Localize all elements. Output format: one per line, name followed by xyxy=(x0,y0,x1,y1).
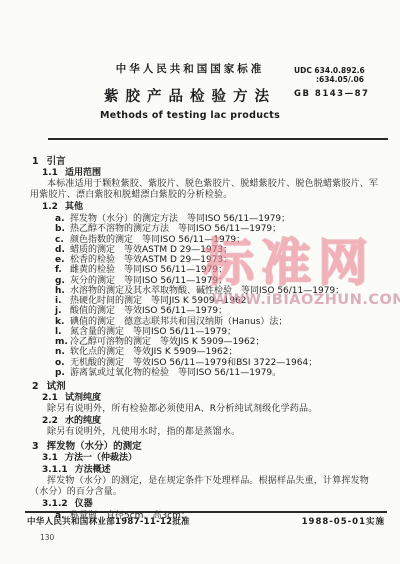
list-item: k.碘值的测定 德意志联邦共和国汉纳斯（Hanus）法； xyxy=(55,317,384,327)
item-text: 灰分的测定 等同ISO 56/11—1979； xyxy=(70,276,227,286)
item-marker: n. xyxy=(55,347,70,357)
page-number: 130 xyxy=(40,533,54,542)
section-number: 3.1 xyxy=(42,453,58,463)
list-item: p.游离氯或过氧化物的检验 等同ISO 56/11—1979。 xyxy=(55,368,384,378)
reagent-purity-paragraph: 除另有说明外，所有检验都必须使用A、R分析纯试剂级化学药品。 xyxy=(30,404,384,415)
item-marker: a. xyxy=(55,214,70,224)
section-1-2-heading: 1.2其他 xyxy=(42,202,384,213)
item-marker: i. xyxy=(55,296,70,306)
item-text: 酸值的测定 等效ISO 56/11—1979； xyxy=(70,306,227,316)
section-title: 试剂纯度 xyxy=(65,393,101,403)
list-item: g.灰分的测定 等同ISO 56/11—1979； xyxy=(55,276,384,286)
item-text: 无机酸的测定 等效ISO 56/11—1979和BSI 3722—1964； xyxy=(70,358,317,368)
item-text: 游离氯或过氧化物的检验 等同ISO 56/11—1979。 xyxy=(70,368,281,378)
section-number: 1.1 xyxy=(42,168,58,178)
udc-code: UDC 634.0.892.6 :634.05/.06 xyxy=(294,66,365,84)
section-2-1-heading: 2.1试剂纯度 xyxy=(42,393,384,404)
item-marker: g. xyxy=(55,276,70,286)
document-body: 1引言 1.1适用范围 本标准适用于颗粒紫胶、紫胶片、脱色紫胶片、脱蜡紫胶片、脱… xyxy=(30,153,384,521)
item-marker: k. xyxy=(55,317,70,327)
water-purity-paragraph: 除另有说明外，凡使用水时，指的都是蒸馏水。 xyxy=(30,427,384,438)
section-1-heading: 1引言 xyxy=(32,156,384,167)
method-summary-paragraph: 挥发物（水分）的测定，是在规定条件下处理样品。根据样品失重，计算挥发物（水分）的… xyxy=(30,476,384,498)
item-marker: j. xyxy=(55,306,70,316)
section-number: 3 xyxy=(32,441,39,452)
item-marker: m. xyxy=(55,337,70,347)
section-2-2-heading: 2.2水的纯度 xyxy=(42,416,384,427)
item-text: 氮含量的测定 等同ISO 56/11—1979； xyxy=(70,327,236,337)
section-title: 其他 xyxy=(65,202,83,212)
list-item: m.冷乙醇可溶物的测定 等效JIS K 5909—1962； xyxy=(55,337,384,347)
footer-approval: 中华人民共和国林业部1987-11-12批准 xyxy=(27,515,190,527)
item-text: 热硬化时间的测定 等同JIS K 5909—1962； xyxy=(70,296,255,306)
list-item: f.雌黄的检验 等同ISO 56/11—1979； xyxy=(55,265,384,275)
document-title-english: Methods of testing lac products xyxy=(0,110,380,121)
section-number: 2 xyxy=(32,381,39,392)
document-title: 紫胶产品检验方法 xyxy=(0,85,380,106)
section-1-1-heading: 1.1适用范围 xyxy=(42,168,384,179)
header-rule xyxy=(48,138,388,140)
item-marker: l. xyxy=(55,327,70,337)
item-marker: f. xyxy=(55,265,70,275)
udc-line1: UDC 634.0.892.6 xyxy=(294,66,365,75)
item-marker: p. xyxy=(55,368,70,378)
list-item: j.酸值的测定 等效ISO 56/11—1979； xyxy=(55,306,384,316)
section-title: 适用范围 xyxy=(65,168,101,178)
section-number: 3.1.1 xyxy=(42,465,68,475)
list-item: n.软化点的测定 等效JIS K 5909—1962； xyxy=(55,347,384,357)
section-number: 3.1.2 xyxy=(42,499,68,509)
section-number: 1 xyxy=(32,156,39,167)
list-item: e.松香的检验 等效ASTM D 29—1973； xyxy=(55,255,384,265)
item-marker: b. xyxy=(55,224,70,234)
section-title: 方法一（仲裁法） xyxy=(65,453,137,463)
section-title: 仪器 xyxy=(75,499,93,509)
item-text: 挥发物（水分）的测定方法 等同ISO 56/11—1979； xyxy=(70,214,290,224)
item-text: 颜色指数的测定 等同ISO 56/11—1979； xyxy=(70,235,245,245)
item-marker: o. xyxy=(55,358,70,368)
section-title: 引言 xyxy=(47,156,66,167)
udc-line2: :634.05/.06 xyxy=(294,75,365,84)
item-marker: e. xyxy=(55,255,70,265)
item-text: 碘值的测定 德意志联邦共和国汉纳斯（Hanus）法； xyxy=(70,317,287,327)
list-item: h.水溶物的测定及其水萃取物酸、碱性检验 等同ISO 56/11—1979； xyxy=(55,286,384,296)
item-text: 冷乙醇可溶物的测定 等效JIS K 5909—1962； xyxy=(70,337,264,347)
item-marker: c. xyxy=(55,235,70,245)
list-item: c.颜色指数的测定 等同ISO 56/11—1979； xyxy=(55,235,384,245)
section-3-1-1-heading: 3.1.1方法概述 xyxy=(42,465,384,476)
section-title: 水的纯度 xyxy=(65,416,101,426)
section-number: 2.1 xyxy=(42,393,58,403)
scope-paragraph: 本标准适用于颗粒紫胶、紫胶片、脱色紫胶片、脱蜡紫胶片、脱色脱蜡紫胶片、军用紫胶片… xyxy=(30,179,384,201)
list-item: a.挥发物（水分）的测定方法 等同ISO 56/11—1979； xyxy=(55,214,384,224)
section-2-heading: 2试剂 xyxy=(32,381,384,392)
section-3-1-2-heading: 3.1.2仪器 xyxy=(42,499,384,510)
section-title: 方法概述 xyxy=(75,465,111,475)
item-text: 热乙醇不溶物的测定方法 等同ISO 56/11—1979； xyxy=(70,224,281,234)
item-text: 水溶物的测定及其水萃取物酸、碱性检验 等同ISO 56/11—1979； xyxy=(70,286,344,296)
document-page: 中华人民共和国国家标准 UDC 634.0.892.6 :634.05/.06 … xyxy=(0,0,400,564)
section-3-1-heading: 3.1方法一（仲裁法） xyxy=(42,453,384,464)
item-text: 软化点的测定 等效JIS K 5909—1962； xyxy=(70,347,237,357)
list-item: o.无机酸的测定 等效ISO 56/11—1979和BSI 3722—1964； xyxy=(55,358,384,368)
section-title: 试剂 xyxy=(47,381,66,392)
item-marker: d. xyxy=(55,245,70,255)
list-item: l.氮含量的测定 等同ISO 56/11—1979； xyxy=(55,327,384,337)
footer-rule xyxy=(25,511,387,513)
list-item: i.热硬化时间的测定 等同JIS K 5909—1962； xyxy=(55,296,384,306)
section-number: 2.2 xyxy=(42,416,58,426)
footer-implementation-date: 1988-05-01实施 xyxy=(302,515,385,527)
item-marker: h. xyxy=(55,286,70,296)
section-3-heading: 3挥发物（水分）的测定 xyxy=(32,441,384,452)
section-number: 1.2 xyxy=(42,202,58,212)
item-text: 雌黄的检验 等同ISO 56/11—1979； xyxy=(70,265,227,275)
item-text: 松香的检验 等效ASTM D 29—1973； xyxy=(70,255,232,265)
list-item: d.蜡质的测定 等效ASTM D 29—1973； xyxy=(55,245,384,255)
list-item: b.热乙醇不溶物的测定方法 等同ISO 56/11—1979； xyxy=(55,224,384,234)
item-text: 蜡质的测定 等效ASTM D 29—1973； xyxy=(70,245,232,255)
section-title: 挥发物（水分）的测定 xyxy=(47,441,142,452)
methods-list: a.挥发物（水分）的测定方法 等同ISO 56/11—1979； b.热乙醇不溶… xyxy=(30,214,384,378)
